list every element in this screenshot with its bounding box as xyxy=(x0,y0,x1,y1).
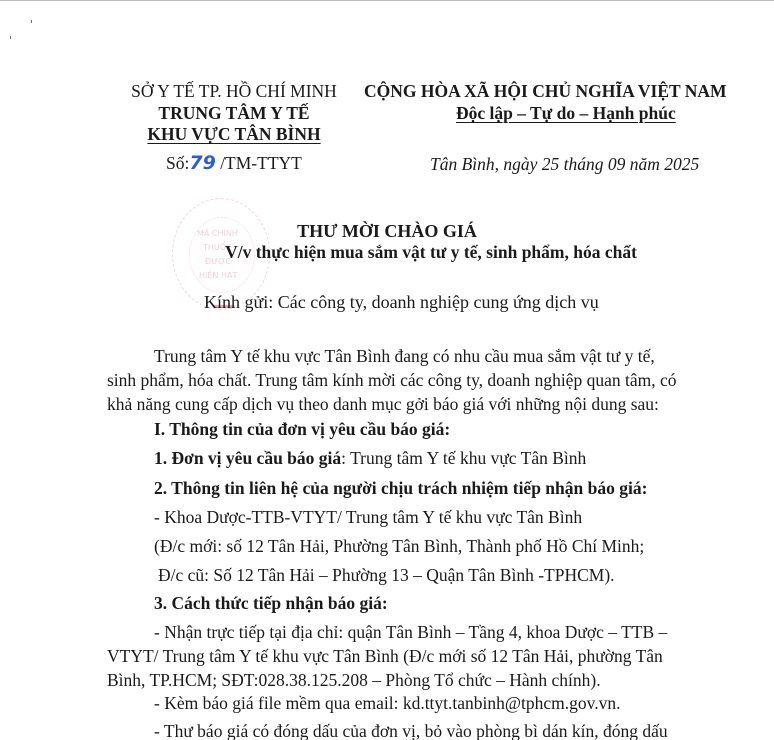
document-title: THƯ MỜI CHÀO GIÁ xyxy=(0,221,774,242)
org-name-line1: TRUNG TÂM Y TẾ xyxy=(128,103,340,124)
recipient-line: Kính gửi: Các công ty, doanh nghiệp cung… xyxy=(204,292,599,313)
org-name-line2-text: KHU VỰC TÂN BÌNH xyxy=(147,124,320,144)
address-new: (Đ/c mới: số 12 Tân Hải, Phường Tân Bình… xyxy=(154,536,644,557)
section-1-heading: I. Thông tin của đơn vị yêu cầu báo giá: xyxy=(154,419,450,440)
number-suffix: /TM-TTYT xyxy=(220,153,302,173)
org-name-line2: KHU VỰC TÂN BÌNH xyxy=(128,124,340,145)
contact-department: - Khoa Dược-TTB-VTYT/ Trung tâm Y tế khu… xyxy=(154,507,582,528)
email-prefix: - Kèm báo giá file mềm qua email: xyxy=(154,693,403,713)
intro-line-3: khả năng cung cấp dịch vụ theo danh mục … xyxy=(107,394,659,415)
national-motto-text: Độc lập – Tự do – Hạnh phúc xyxy=(456,103,676,123)
email-address[interactable]: kd.ttyt.tanbinh@tphcm.gov.vn. xyxy=(403,693,621,713)
receipt-method-heading: 3. Cách thức tiếp nhận báo giá: xyxy=(154,593,388,614)
address-old: Đ/c cũ: Số 12 Tân Hải – Phường 13 – Quận… xyxy=(158,565,615,586)
contact-info-heading: 2. Thông tin liên hệ của người chịu trác… xyxy=(154,478,647,499)
page-top-border xyxy=(0,0,774,1)
requesting-unit-value: : Trung tâm Y tế khu vực Tân Bình xyxy=(341,448,586,468)
number-prefix: Số: xyxy=(166,153,189,173)
scan-speck xyxy=(31,20,32,23)
intro-line-1: Trung tâm Y tế khu vực Tân Bình đang có … xyxy=(154,346,655,367)
place-and-date: Tân Bình, ngày 25 tháng 09 năm 2025 xyxy=(430,154,699,175)
intro-line-2: sinh phẩm, hóa chất. Trung tâm kính mời … xyxy=(107,370,676,391)
requesting-unit: 1. Đơn vị yêu cầu báo giá: Trung tâm Y t… xyxy=(154,448,586,469)
requesting-unit-label: 1. Đơn vị yêu cầu báo giá xyxy=(154,448,341,468)
nation-title: CỘNG HÒA XÃ HỘI CHỦ NGHĨA VIỆT NAM xyxy=(364,81,727,102)
mail-submission: - Thư báo giá có đóng dấu của đơn vị, bỏ… xyxy=(154,721,668,740)
stamp-text-line: HIỆN HẠT xyxy=(199,271,237,280)
ministry-name: SỞ Y TẾ TP. HỒ CHÍ MINH xyxy=(128,81,340,102)
handwritten-number: 79 xyxy=(189,152,215,174)
national-motto: Độc lập – Tự do – Hạnh phúc xyxy=(456,103,676,124)
document-subject: V/v thực hiện mua sắm vật tư y tế, sinh … xyxy=(0,242,774,263)
scan-speck xyxy=(10,36,11,39)
direct-delivery-line-2: VTYT/ Trung tâm Y tế khu vực Tân Bình (Đ… xyxy=(107,646,663,667)
email-submission: - Kèm báo giá file mềm qua email: kd.tty… xyxy=(154,693,621,714)
direct-delivery-line-3: Bình, TP.HCM; SĐT:028.38.125.208 – Phòng… xyxy=(107,670,601,691)
document-number: Số:79 /TM-TTYT xyxy=(166,152,302,174)
direct-delivery-line-1: - Nhận trực tiếp tại địa chỉ: quận Tân B… xyxy=(154,622,667,643)
